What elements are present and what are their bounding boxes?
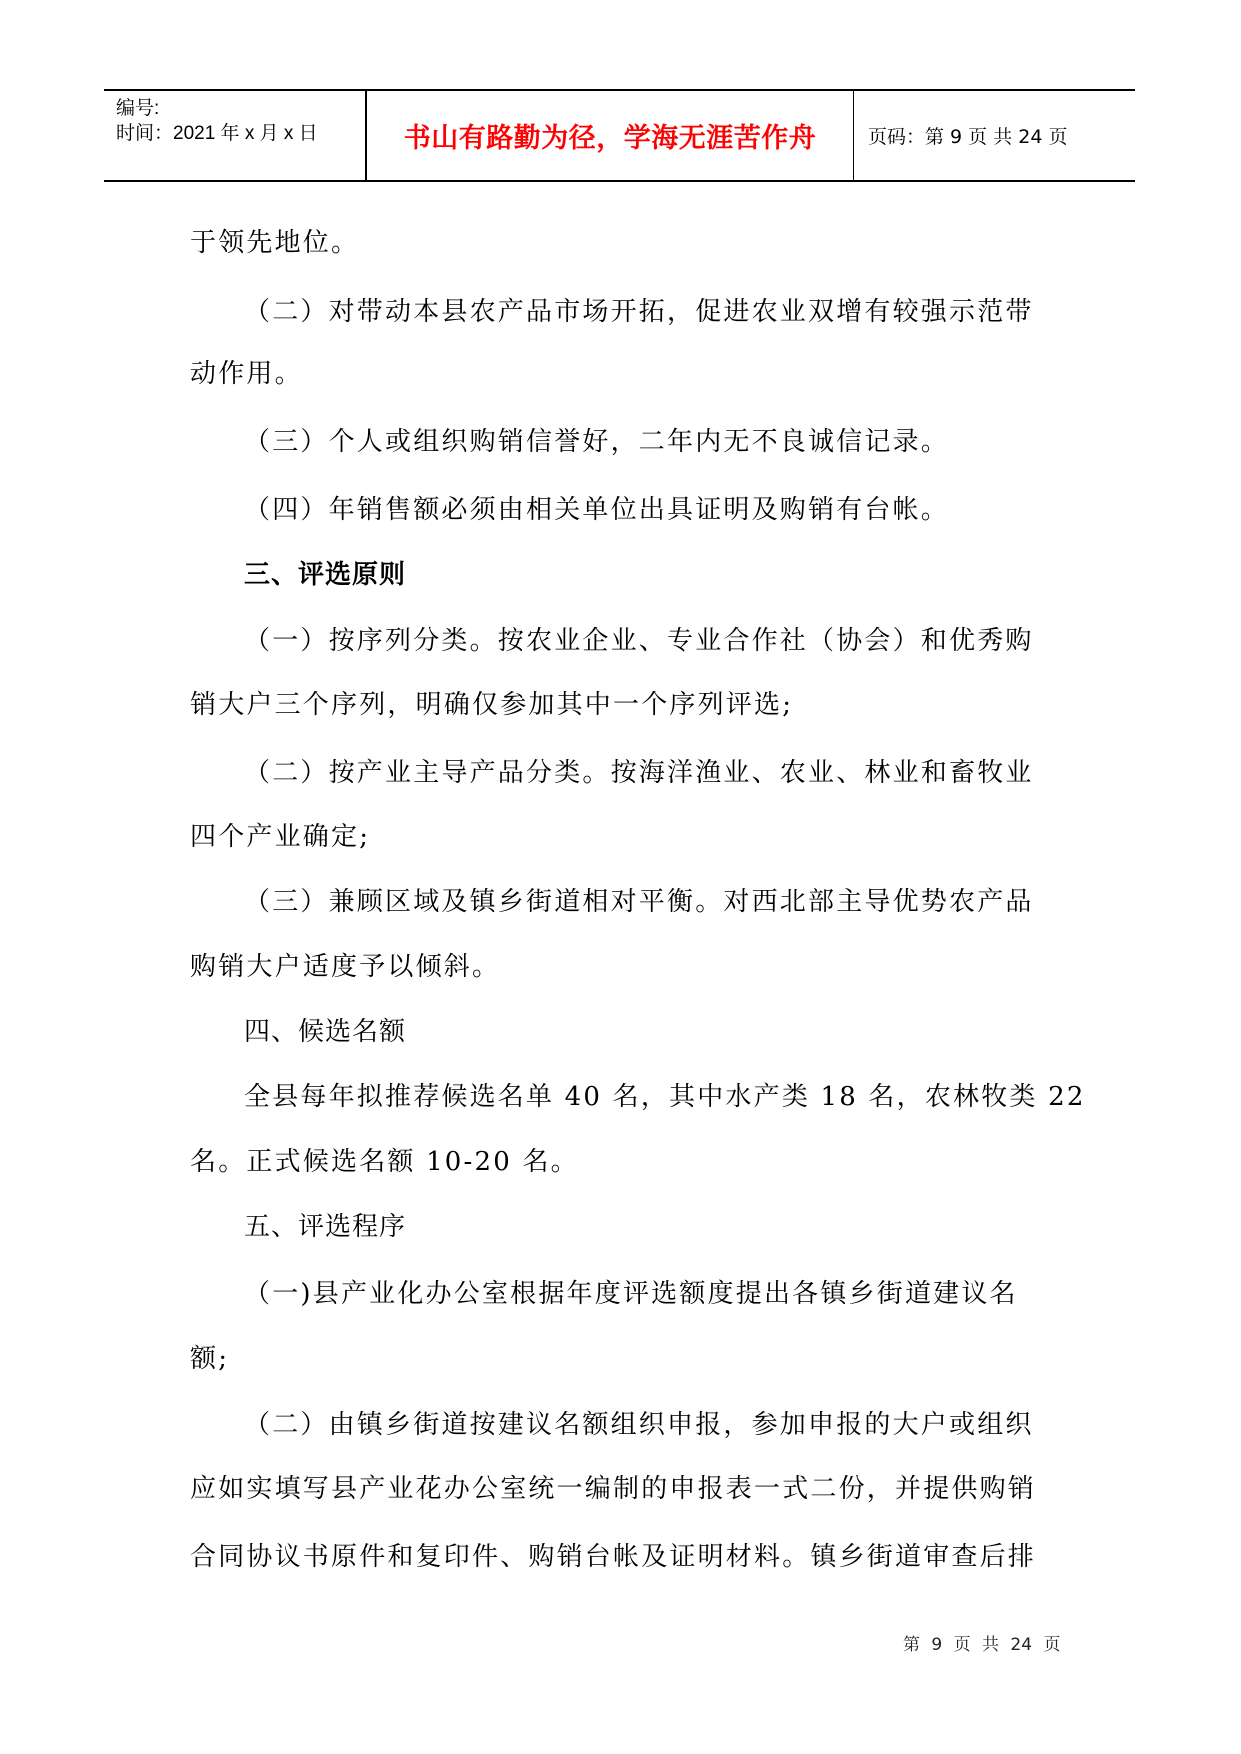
body-line: 动作用。 (190, 357, 1050, 391)
header-motto: 书山有路勤为径，学海无涯苦作舟 (367, 91, 854, 180)
body-line: （一）按序列分类。按农业企业、专业合作社（协会）和优秀购 (244, 624, 1050, 658)
body-line: （四）年销售额必须由相关单位出具证明及购销有台帐。 (244, 493, 1050, 527)
page-header-table: 编号: 时间：2021 年 x 月 x 日 书山有路勤为径，学海无涯苦作舟 页码… (104, 89, 1135, 182)
body-line: （二）按产业主导产品分类。按海洋渔业、农业、林业和畜牧业 (244, 756, 1050, 790)
section-heading: 三、评选原则 (244, 558, 1050, 592)
body-line: 应如实填写县产业花办公室统一编制的申报表一式二份，并提供购销 (190, 1472, 1050, 1506)
document-date-label: 时间：2021 年 x 月 x 日 (116, 121, 365, 146)
header-meta-cell: 编号: 时间：2021 年 x 月 x 日 (104, 91, 367, 180)
section-heading: 四、候选名额 (244, 1015, 1050, 1049)
body-line: 名。正式候选名额 10-20 名。 (190, 1145, 1050, 1179)
body-line: （二）对带动本县农产品市场开拓，促进农业双增有较强示范带 (244, 295, 1050, 329)
body-line: （三）兼顾区域及镇乡街道相对平衡。对西北部主导优势农产品 (244, 885, 1050, 919)
body-line: 销大户三个序列，明确仅参加其中一个序列评选; (190, 688, 1050, 722)
body-line: 四个产业确定; (190, 820, 1050, 854)
body-line: 购销大户适度予以倾斜。 (190, 950, 1050, 984)
body-line: （一)县产业化办公室根据年度评选额度提出各镇乡街道建议名 (244, 1277, 1050, 1311)
body-line: （三）个人或组织购销信誉好，二年内无不良诚信记录。 (244, 425, 1050, 459)
section-heading: 五、评选程序 (244, 1210, 1050, 1244)
header-page-info: 页码：第 9 页 共 24 页 (854, 91, 1135, 180)
body-line: （二）由镇乡街道按建议名额组织申报，参加申报的大户或组织 (244, 1408, 1050, 1442)
page-footer: 第 9 页 共 24 页 (903, 1630, 1060, 1655)
document-number-label: 编号: (116, 96, 365, 121)
body-line: 全县每年拟推荐候选名单 40 名，其中水产类 18 名，农林牧类 22 (244, 1080, 1050, 1114)
body-line: 合同协议书原件和复印件、购销台帐及证明材料。镇乡街道审查后排 (190, 1540, 1050, 1574)
body-line: 于领先地位。 (190, 226, 1050, 260)
body-line: 额; (190, 1342, 1050, 1376)
